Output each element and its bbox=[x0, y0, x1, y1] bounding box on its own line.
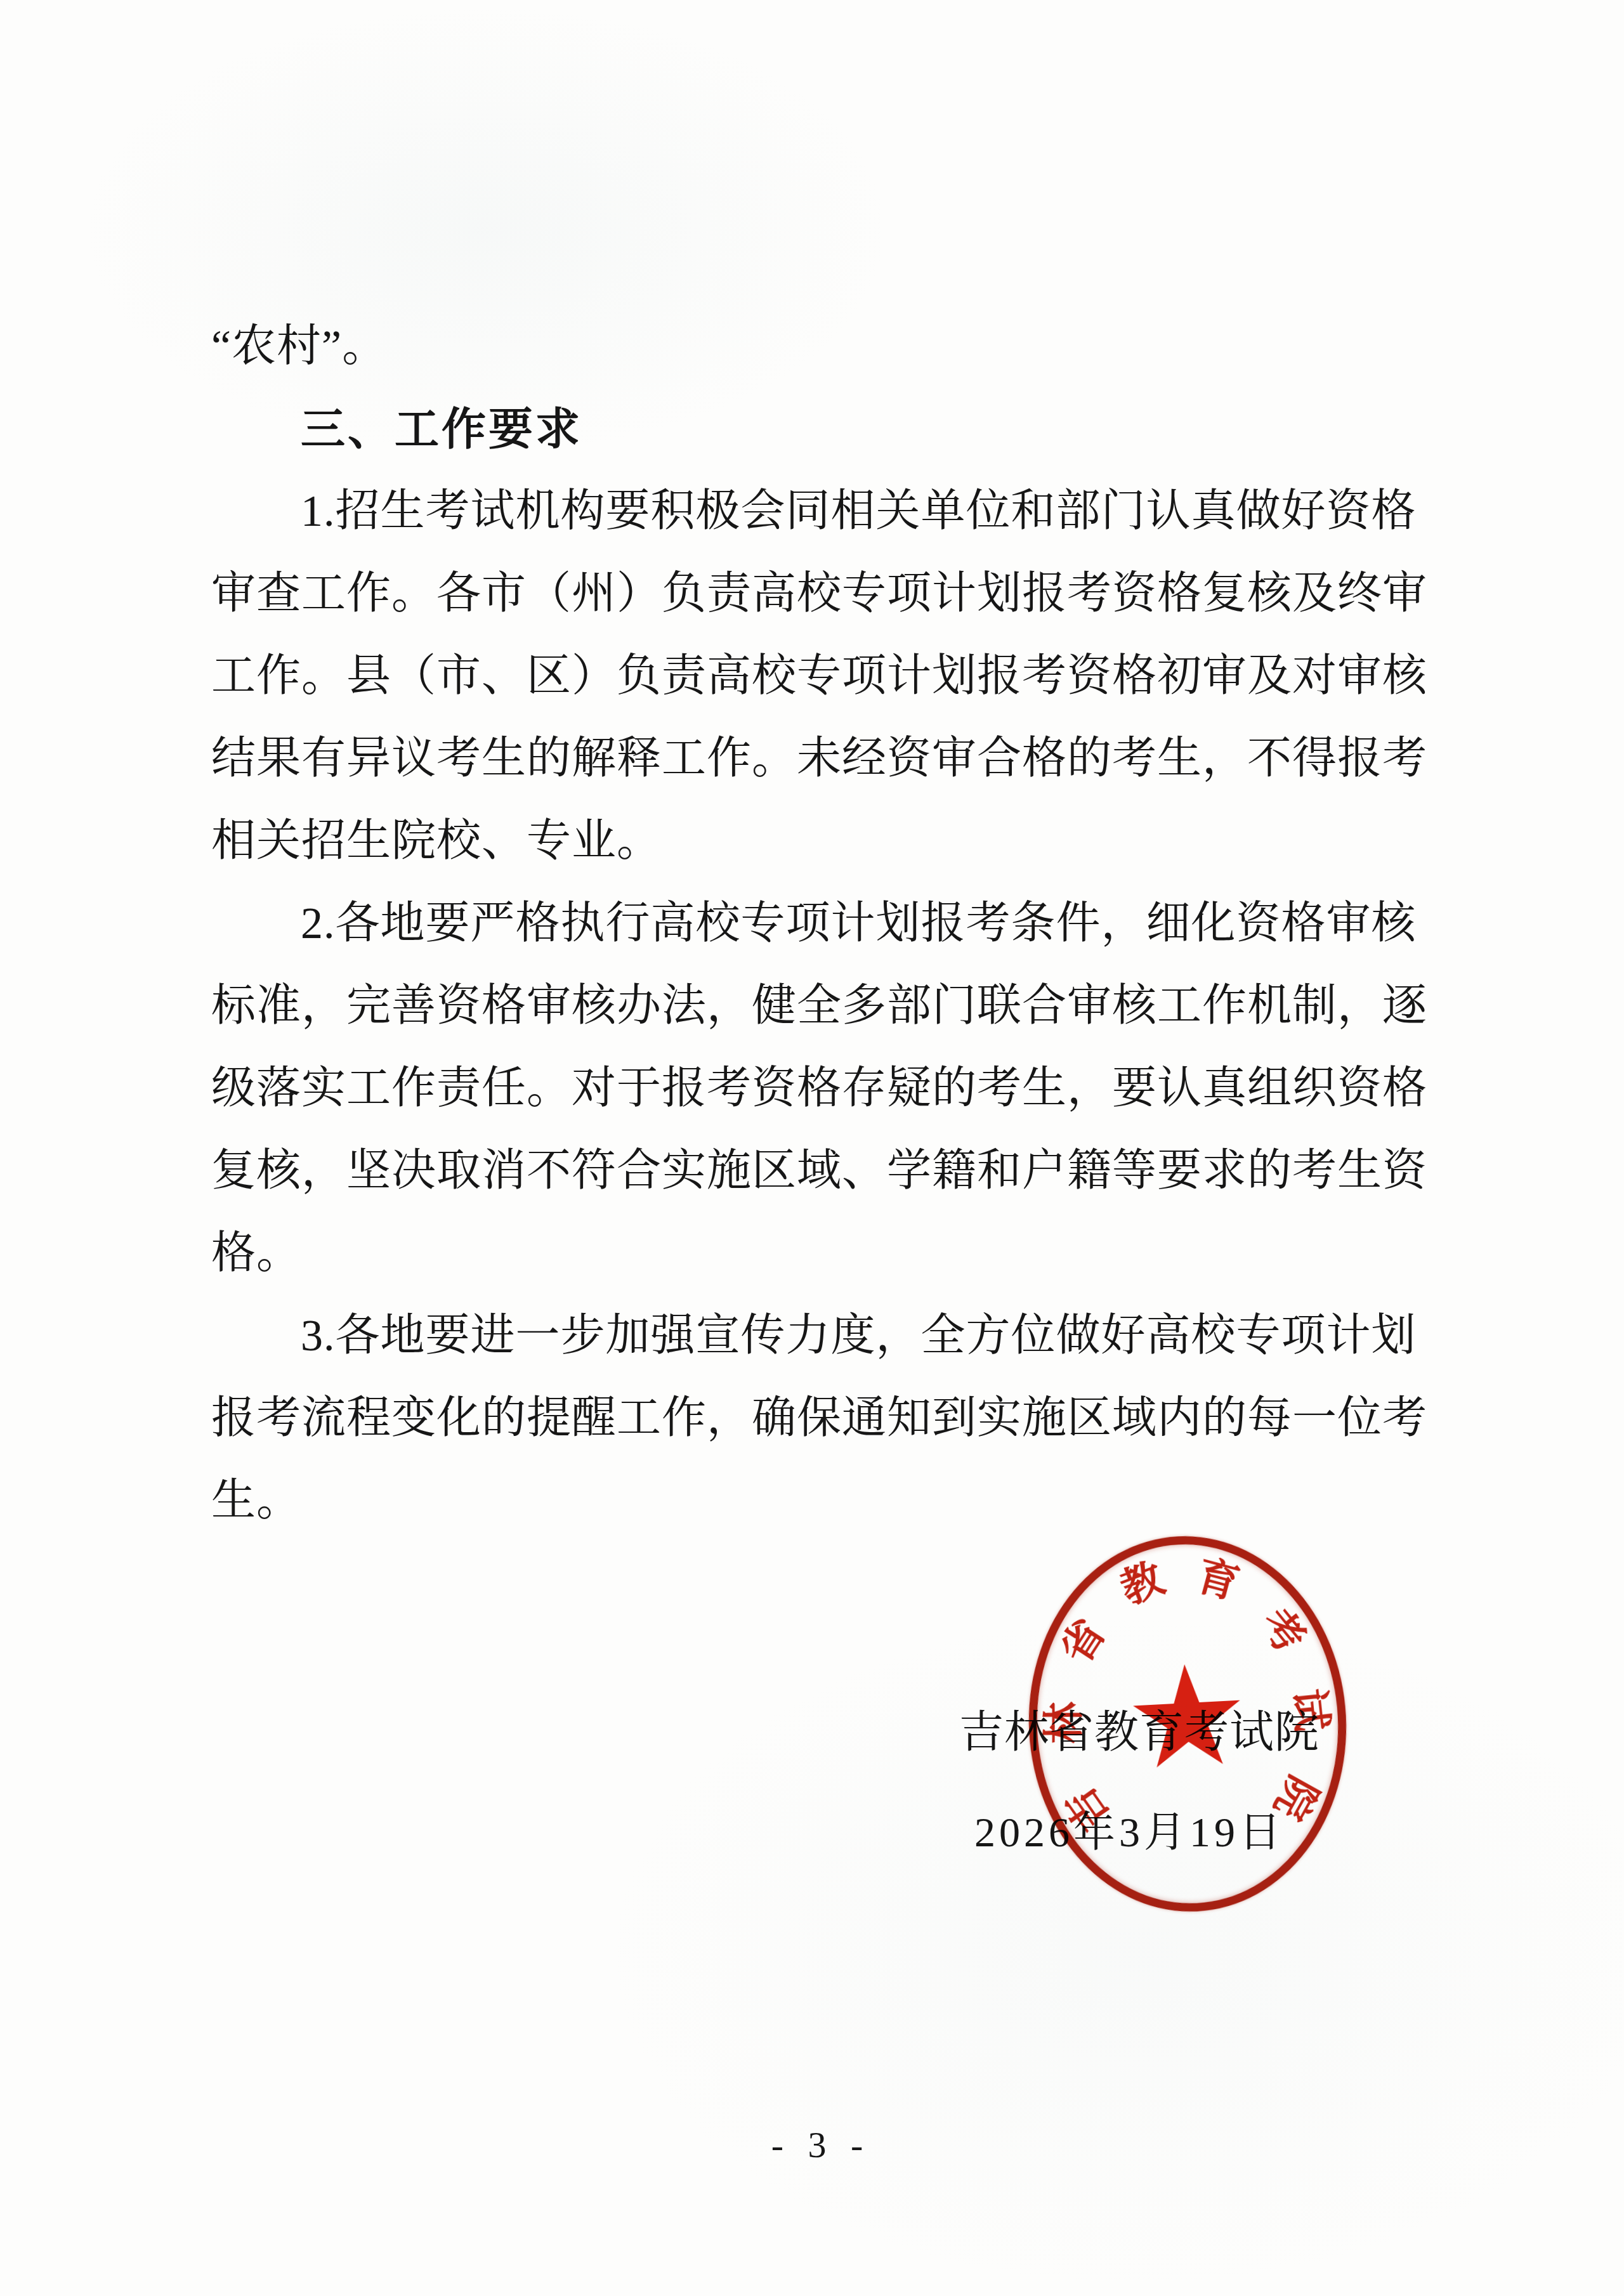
seal-star-icon: ★ bbox=[1121, 1644, 1253, 1790]
page-number: - 3 - bbox=[771, 2123, 871, 2166]
document-body: “农村”。 三、工作要求 1.招生考试机构要积极会同相关单位和部门认真做好资格 … bbox=[211, 306, 1423, 1543]
doc-line: 相关招生院校、专业。 bbox=[211, 800, 1423, 883]
section-heading-work-requirements: 三、工作要求 bbox=[211, 388, 1423, 471]
doc-line: “农村”。 bbox=[211, 306, 1423, 388]
official-seal: ★ 吉 林 省 教 育 考 试 院 bbox=[1019, 1528, 1356, 1919]
doc-line: 审查工作。各市（州）负责高校专项计划报考资格复核及终审 bbox=[211, 553, 1423, 636]
doc-line: 工作。县（市、区）负责高校专项计划报考资格初审及对审核 bbox=[211, 636, 1423, 718]
doc-line: 复核，坚决取消不符合实施区域、学籍和户籍等要求的考生资 bbox=[211, 1130, 1423, 1213]
doc-line: 2.各地要严格执行高校专项计划报考条件，细化资格审核 bbox=[211, 883, 1423, 965]
doc-line: 结果有异议考生的解释工作。未经资审合格的考生，不得报考 bbox=[211, 718, 1423, 800]
doc-line: 级落实工作责任。对于报考资格存疑的考生，要认真组织资格 bbox=[211, 1048, 1423, 1130]
doc-line: 报考流程变化的提醒工作，确保通知到实施区域内的每一位考 bbox=[211, 1378, 1423, 1460]
seal-char: 试 bbox=[1288, 1687, 1334, 1733]
doc-line: 生。 bbox=[211, 1460, 1423, 1543]
doc-line: 1.招生考试机构要积极会同相关单位和部门认真做好资格 bbox=[211, 471, 1423, 553]
document-page: “农村”。 三、工作要求 1.招生考试机构要积极会同相关单位和部门认真做好资格 … bbox=[0, 0, 1624, 2296]
doc-line: 格。 bbox=[211, 1213, 1423, 1295]
doc-line: 3.各地要进一步加强宣传力度，全方位做好高校专项计划 bbox=[211, 1295, 1423, 1378]
seal-char: 林 bbox=[1043, 1702, 1085, 1744]
doc-line: 标准，完善资格审核办法，健全多部门联合审核工作机制，逐 bbox=[211, 965, 1423, 1048]
